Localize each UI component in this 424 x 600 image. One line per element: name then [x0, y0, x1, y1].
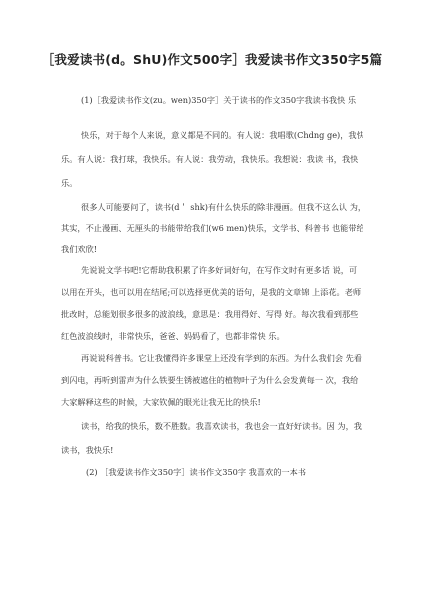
paragraph-line: 我们欢欣!: [61, 244, 363, 254]
paragraph-line: 乐。: [61, 178, 363, 188]
paragraph-line: 很多人可能要问了，读书(d＇ shk)有什么快乐的除非漫画。但我不这么认 为，: [81, 202, 363, 212]
paragraph-line: 快乐，对于每个人来说，意义都是不同的。有人说：我唱歌(Chdng ge)，我快: [81, 130, 363, 140]
paragraph-line: 读书，给我的快乐，数不胜数。我喜欢读书，我也会一直好好读书。因 为，我: [81, 421, 363, 431]
paragraph-line: 红色波浪线时，非常快乐，爸爸、妈妈看了，也都非常快 乐。: [61, 331, 363, 341]
paragraph-line: (2) ［我爱读书作文350字］读书作文350字 我喜欢的一本书: [86, 467, 388, 477]
paragraph-line: 大家解释这些的时候，大家钦佩的眼光让我无比的快乐!: [61, 397, 363, 407]
paragraph-line: 乐。有人说：我打球，我快乐。有人说：我劳动，我快乐。我想说：我读 书，我快: [61, 154, 363, 164]
paragraph-line: 读书，我快乐!: [61, 445, 363, 455]
paragraph-line: (1)［我爱读书作文(zu。wen)350字］关于读书的作文350字我读书我快 …: [81, 95, 363, 105]
paragraph-line: 批改时，总能划很多很多的波浪线，意思是：我用得好、写得 好。每次我看到那些: [61, 309, 363, 319]
document-title: ［我爱读书(d。ShU)作文500字］我爱读书作文350字5篇: [0, 50, 424, 68]
paragraph-line: 先说说文学书吧!它帮助我积累了许多好词好句，在写作文时有更多话 说，可: [81, 265, 363, 275]
paragraph-line: 以用在开头，也可以用在结尾;可以选择更优美的语句，是我的文章锦 上添花。老师: [61, 287, 363, 297]
paragraph-line: 其实，不止漫画、无厘头的书能带给我们(w6 men)快乐，文学书、科普书 也能带…: [61, 223, 363, 233]
paragraph-line: 到闪电，再听到雷声为什么铁要生锈被遮住的植物叶子为什么会发黄每一 次，我给: [61, 375, 363, 385]
paragraph-line: 再说说科普书。它让我懂得许多课堂上还没有学到的东西。为什么我们会 先看: [81, 353, 363, 363]
